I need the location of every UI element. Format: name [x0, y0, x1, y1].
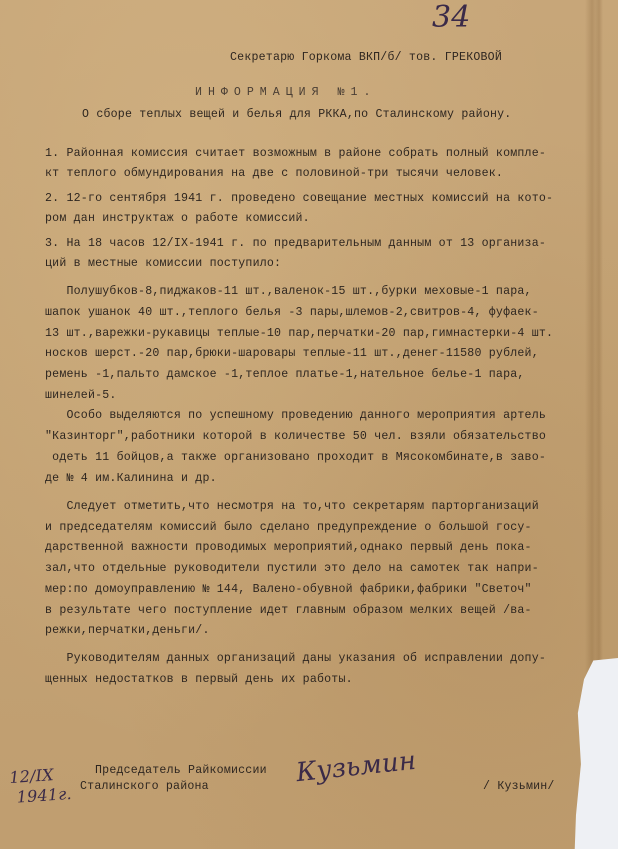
signature-position-line1: Председатель Райкомиссии	[95, 764, 267, 777]
body-line: дарственной важности проводимых мероприя…	[45, 541, 532, 554]
body-line: щенных недостатков в первый день их рабо…	[45, 673, 353, 686]
body-line: "Казинторг",работники которой в количест…	[45, 430, 546, 443]
body-line: 3. На 18 часов 12/IX-1941 г. по предвари…	[45, 237, 546, 250]
body-line: 13 шт.,варежки-рукавицы теплые-10 пар,пе…	[45, 327, 553, 340]
signature-position-line2: Сталинского района	[80, 780, 209, 793]
document-title: ИНФОРМАЦИЯ №1.	[195, 86, 376, 99]
body-line: зал,что отдельные руководители пустили э…	[45, 562, 539, 575]
document-subtitle: О сборе теплых вещей и белья для РККА,по…	[82, 108, 511, 121]
addressee: Секретарю Горкома ВКП/б/ тов. ГРЕКОВОЙ	[230, 51, 502, 64]
body-line: де № 4 им.Калинина и др.	[45, 472, 217, 485]
body-line: шапок ушанок 40 шт.,теплого белья -3 пар…	[45, 306, 539, 319]
handwritten-date: 12/IX 1941г.	[9, 764, 73, 808]
body-line: ций в местные комиссии поступило:	[45, 257, 281, 270]
body-line: шинелей-5.	[45, 389, 117, 402]
document-body: 34 Секретарю Горкома ВКП/б/ тов. ГРЕКОВО…	[0, 0, 618, 849]
body-line: Следует отметить,что несмотря на то,что …	[45, 500, 539, 513]
body-line: Полушубков-8,пиджаков-11 шт.,валенок-15 …	[45, 285, 532, 298]
body-line: ремень -1,пальто дамское -1,теплое плать…	[45, 368, 525, 381]
body-line: в результате чего поступление идет главн…	[45, 604, 532, 617]
body-line: 2. 12-го сентября 1941 г. проведено сове…	[45, 192, 553, 205]
body-line: 1. Районная комиссия считает возможным в…	[45, 147, 546, 160]
typed-signatory-name: / Кузьмин/	[483, 780, 555, 793]
body-line: одеть 11 бойцов,а также организовано про…	[45, 451, 546, 464]
body-line: и председателям комиссий было сделано пр…	[45, 521, 532, 534]
handwritten-date-year: 1941г.	[16, 784, 72, 808]
body-line: режки,перчатки,деньги/.	[45, 624, 210, 637]
body-line: Особо выделяются по успешному проведению…	[45, 409, 546, 422]
body-line: ром дан инструктаж о работе комиссий.	[45, 212, 310, 225]
body-line: Руководителям данных организаций даны ук…	[45, 652, 546, 665]
body-line: кт теплого обмундирования на две с полов…	[45, 167, 503, 180]
handwritten-signature: Кузьмин	[295, 746, 418, 788]
body-line: мер:по домоуправлению № 144, Валено-обув…	[45, 583, 532, 596]
handwritten-page-number: 34	[432, 0, 471, 35]
body-line: носков шерст.-20 пар,брюки-шаровары тепл…	[45, 347, 539, 360]
